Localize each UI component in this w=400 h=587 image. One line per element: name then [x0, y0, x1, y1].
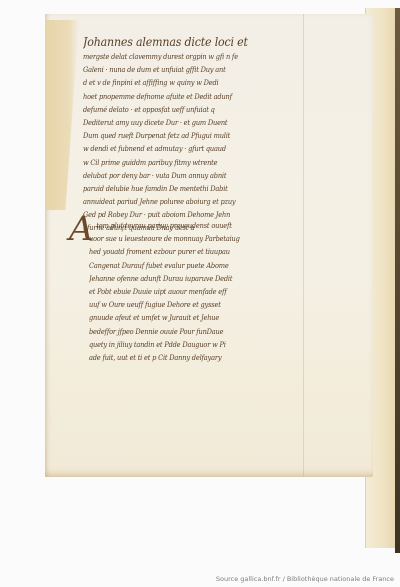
parchment-stain: [45, 20, 79, 210]
paragraph-2-line: bedeffor jfpeo Dennie ouuie Pour funDaue: [89, 325, 301, 338]
paragraph-1-line: Galeni · nuna de dum et unfuiat gffit Du…: [83, 63, 285, 76]
paragraph-1-line: w dendi et fubnend et admutay · gfurt qu…: [83, 142, 285, 155]
paragraph-1-line: delubat por deny bar · vuta Dum annuy ab…: [83, 169, 285, 182]
paragraph-1: Johannes alemnas dicte loci et mergste d…: [83, 34, 303, 235]
paragraph-1-line: mergste delat clavemmy durest orgpin w g…: [83, 50, 285, 63]
paragraph-1-line: Johannes alemnas dicte loci et: [83, 34, 285, 50]
paragraph-2: A tem plut tevrau pariuy preveudenst ouu…: [89, 219, 319, 364]
paragraph-1-line: Dum qued rueft Durpenat fetz ad Pfugui m…: [83, 129, 285, 142]
book-spine: [395, 8, 400, 553]
paragraph-2-line: Jehanne ofenne adunft Durau iuparuve Ded…: [89, 272, 301, 285]
paragraph-1-line: hoet pnopemme defnome afuite et Dedit ad…: [83, 90, 285, 103]
paragraph-1-line: annuideat pariud Jehne poluree aboiurg e…: [83, 195, 285, 208]
paragraph-1-line: d et v de finpini et affiffing w quiny w…: [83, 76, 285, 89]
paragraph-2-line: uuf w Oure ueuff fugiue Dehore et gysset: [89, 298, 301, 311]
paragraph-2-line: hed youatd froment ezbour purer et tiuup…: [89, 245, 301, 258]
paragraph-1-line: w Cil prime guiddm paribuy fitmy wtrente: [83, 156, 285, 169]
paragraph-1-line: defumé delato · et opposfat ueff unfuiat…: [83, 103, 285, 116]
manuscript-page: Johannes alemnas dicte loci et mergste d…: [45, 14, 373, 477]
paragraph-2-line: gnuude afeut et umfet w Jurauit et Jehue: [89, 311, 301, 324]
paragraph-2-line: uoor sue u leuesteoure de monnuay Parbet…: [89, 232, 301, 245]
paragraph-2-line: et Pobt ebuie Duuie uipt auour menfade e…: [89, 285, 301, 298]
paragraph-2-line: ade fuit, uut et ti et p Cit Danny delfa…: [89, 351, 301, 364]
paragraph-2-line: Cangenat Durauf fubet evalur puete Abome: [89, 259, 301, 272]
source-credit: Source gallica.bnf.fr / Bibliothèque nat…: [216, 575, 394, 583]
paragraph-2-line: quety in jiliuy tandin et Pdde Dauguor w…: [89, 338, 301, 351]
paragraph-2-line: tem plut tevrau pariuy preveudenst ouuef…: [89, 219, 301, 232]
paragraph-1-line: Dediterut amy uuy dicete Dur · et gum Du…: [83, 116, 285, 129]
paragraph-1-line: paruid delubie hue famdin De mentethi Da…: [83, 182, 285, 195]
